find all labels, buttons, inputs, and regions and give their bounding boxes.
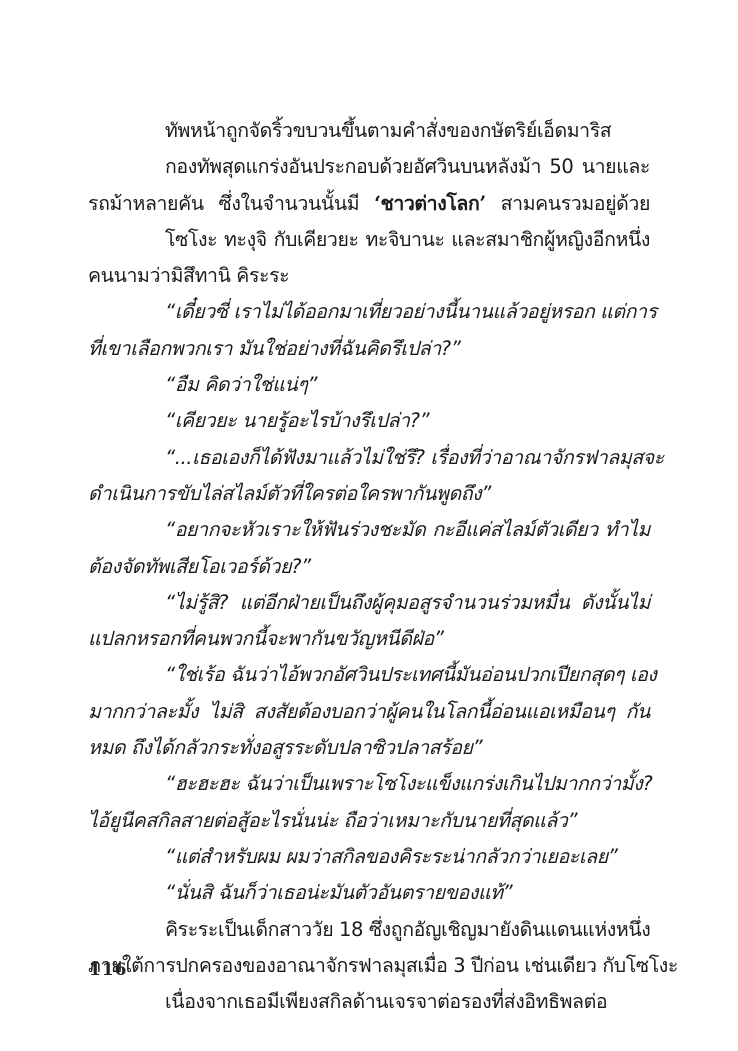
text-line: คนนามว่ามิสึทานิ คิระระ: [88, 258, 650, 294]
dialogue-line: “อยากจะหัวเราะให้ฟันร่วงชะมัด กะอีแค่สไล…: [88, 512, 650, 548]
text-line: ภายใต้การปกครองของอาณาจักรฟาลมุสเมื่อ 3 …: [88, 948, 650, 984]
dialogue-text: แปลกหรอกที่คนพวกนี้จะพากันขวัญหนีดีฝ่อ”: [88, 621, 650, 657]
dialogue-line: “แต่สำหรับผม ผมว่าสกิลของคิระระน่ากลัวกว…: [88, 839, 650, 875]
dialogue-text: มากกว่าละมั้ง ไม่สิ สงสัยต้องบอกว่าผู้คน…: [88, 694, 650, 730]
paragraph-text: คนนามว่ามิสึทานิ คิระระ: [88, 258, 650, 294]
text-line: ทัพหน้าถูกจัดริ้วขบวนขึ้นตามคำสั่งของกษั…: [88, 113, 650, 149]
dialogue-text: “ไม่รู้สิ? แต่อีกฝ่ายเป็นถึงผู้คุมอสูรจำ…: [165, 585, 650, 621]
dialogue-text: “นั่นสิ ฉันก็ว่าเธอน่ะมันตัวอันตรายของแท…: [165, 875, 650, 911]
dialogue-line: “ฮะฮะฮะ ฉันว่าเป็นเพราะโซโงะแข็งแกร่งเกิ…: [88, 766, 650, 802]
dialogue-text: ไอ้ยูนีคสกิลสายต่อสู้อะไรนั่นน่ะ ถือว่าเ…: [88, 803, 650, 839]
dialogue-text: “อยากจะหัวเราะให้ฟันร่วงชะมัด กะอีแค่สไล…: [165, 512, 650, 548]
dialogue-text: “เดี๋ยวซี่ เราไม่ได้ออกมาเที่ยวอย่างนี้น…: [165, 294, 657, 330]
dialogue-text: ที่เขาเลือกพวกเรา มันใช่อย่างที่ฉันคิดรึ…: [88, 331, 650, 367]
dialogue-text: “แต่สำหรับผม ผมว่าสกิลของคิระระน่ากลัวกว…: [165, 839, 650, 875]
dialogue-line: “เดี๋ยวซี่ เราไม่ได้ออกมาเที่ยวอย่างนี้น…: [88, 294, 650, 330]
dialogue-text: “อืม คิดว่าใช่แน่ๆ”: [165, 367, 650, 403]
text-line: โซโงะ ทะงุจิ กับเคียวยะ ทะจิบานะ และสมาช…: [88, 222, 650, 258]
dialogue-text: “เคียวยะ นายรู้อะไรบ้างรึเปล่า?”: [165, 403, 650, 439]
dialogue-line: “ใช่เร้อ ฉันว่าไอ้พวกอัศวินประเทศนี้มันอ…: [88, 657, 650, 693]
dialogue-line: หมด ถึงได้กลัวกระทั่งอสูรระดับปลาซิวปลาส…: [88, 730, 650, 766]
dialogue-text: “ฮะฮะฮะ ฉันว่าเป็นเพราะโซโงะแข็งแกร่งเกิ…: [165, 766, 652, 802]
paragraph-text: กองทัพสุดแกร่งอันประกอบด้วยอัศวินบนหลังม…: [165, 149, 650, 185]
dialogue-line: ดำเนินการขับไล่สไลม์ตัวที่ใครต่อใครพากัน…: [88, 476, 650, 512]
text-line: กองทัพสุดแกร่งอันประกอบด้วยอัศวินบนหลังม…: [88, 149, 650, 185]
text-line: คิระระเป็นเด็กสาววัย 18 ซึ่งถูกอัญเชิญมา…: [88, 912, 650, 948]
dialogue-text: ต้องจัดทัพเสียโอเวอร์ด้วย?”: [88, 549, 650, 585]
dialogue-line: ไอ้ยูนีคสกิลสายต่อสู้อะไรนั่นน่ะ ถือว่าเ…: [88, 803, 650, 839]
paragraph-text: รถม้าหลายคัน ซึ่งในจำนวนนั้นมี ‘ชาวต่างโ…: [88, 186, 650, 222]
emphasized-term: ‘ชาวต่างโลก’: [374, 192, 486, 215]
dialogue-line: “นั่นสิ ฉันก็ว่าเธอน่ะมันตัวอันตรายของแท…: [88, 875, 650, 911]
dialogue-line: “อืม คิดว่าใช่แน่ๆ”: [88, 367, 650, 403]
paragraph-text: ทัพหน้าถูกจัดริ้วขบวนขึ้นตามคำสั่งของกษั…: [165, 113, 650, 149]
dialogue-line: ต้องจัดทัพเสียโอเวอร์ด้วย?”: [88, 549, 650, 585]
dialogue-line: ที่เขาเลือกพวกเรา มันใช่อย่างที่ฉันคิดรึ…: [88, 331, 650, 367]
paragraph-text: คิระระเป็นเด็กสาววัย 18 ซึ่งถูกอัญเชิญมา…: [165, 912, 650, 948]
dialogue-line: “...เธอเองก็ได้ฟังมาแล้วไม่ใช่รึ? เรื่อง…: [88, 440, 650, 476]
paragraph-text: เนื่องจากเธอมีเพียงสกิลด้านเจรจาต่อรองที…: [165, 984, 650, 1020]
paragraph-text: ภายใต้การปกครองของอาณาจักรฟาลมุสเมื่อ 3 …: [88, 948, 678, 984]
text-line: รถม้าหลายคัน ซึ่งในจำนวนนั้นมี ‘ชาวต่างโ…: [88, 186, 650, 222]
paragraph-text: โซโงะ ทะงุจิ กับเคียวยะ ทะจิบานะ และสมาช…: [165, 222, 650, 258]
dialogue-line: “เคียวยะ นายรู้อะไรบ้างรึเปล่า?”: [88, 403, 650, 439]
dialogue-line: แปลกหรอกที่คนพวกนี้จะพากันขวัญหนีดีฝ่อ”: [88, 621, 650, 657]
page-number: 116: [89, 960, 128, 980]
dialogue-text: “ใช่เร้อ ฉันว่าไอ้พวกอัศวินประเทศนี้มันอ…: [165, 657, 657, 693]
book-page-text: ทัพหน้าถูกจัดริ้วขบวนขึ้นตามคำสั่งของกษั…: [88, 113, 650, 1020]
dialogue-line: มากกว่าละมั้ง ไม่สิ สงสัยต้องบอกว่าผู้คน…: [88, 694, 650, 730]
dialogue-text: “...เธอเองก็ได้ฟังมาแล้วไม่ใช่รึ? เรื่อง…: [165, 440, 664, 476]
dialogue-text: ดำเนินการขับไล่สไลม์ตัวที่ใครต่อใครพากัน…: [88, 476, 650, 512]
dialogue-line: “ไม่รู้สิ? แต่อีกฝ่ายเป็นถึงผู้คุมอสูรจำ…: [88, 585, 650, 621]
text-line: เนื่องจากเธอมีเพียงสกิลด้านเจรจาต่อรองที…: [88, 984, 650, 1020]
dialogue-text: หมด ถึงได้กลัวกระทั่งอสูรระดับปลาซิวปลาส…: [88, 730, 650, 766]
